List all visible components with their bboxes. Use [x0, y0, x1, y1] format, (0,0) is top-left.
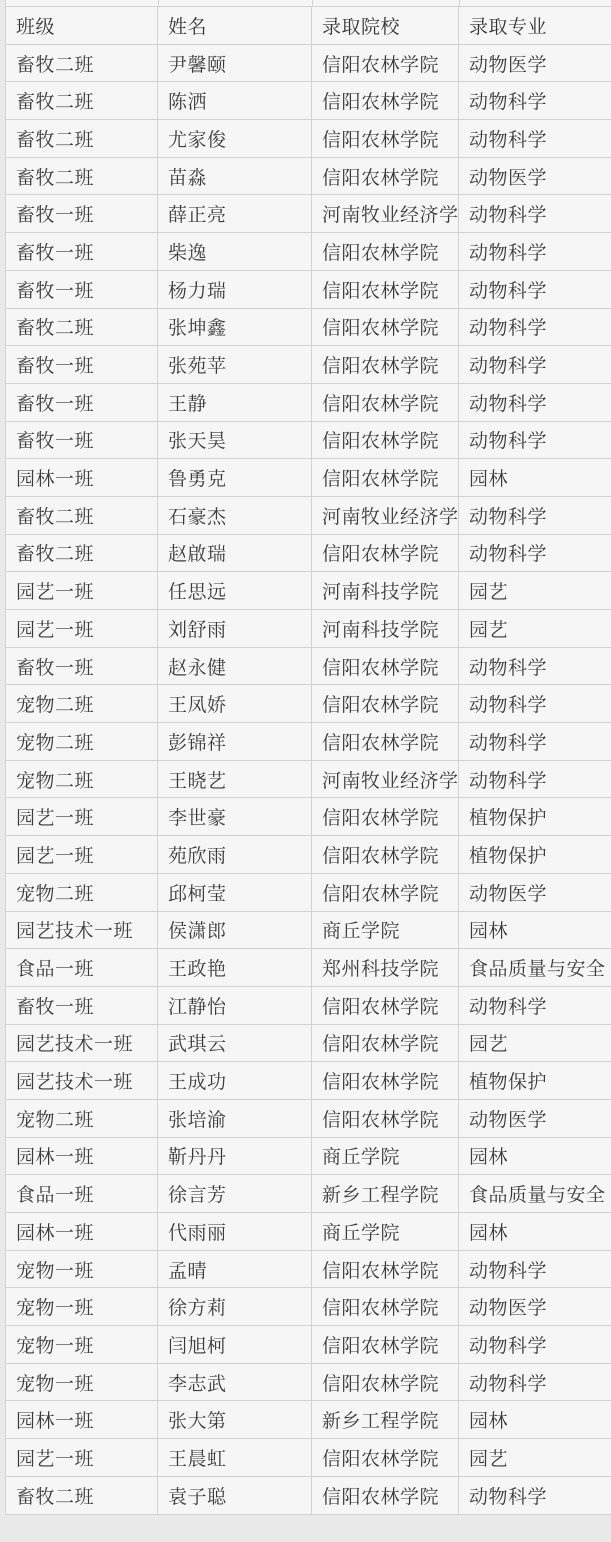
- cell-name: 杨力瑞: [158, 270, 312, 308]
- cell-college: 河南科技学院: [312, 572, 459, 610]
- cell-college: 信阳农林学院: [312, 120, 459, 158]
- cell-college: 信阳农林学院: [312, 270, 459, 308]
- cell-name: 邱柯莹: [158, 873, 312, 911]
- cell-name: 张培渝: [158, 1099, 312, 1137]
- cell-major: 园林: [459, 1401, 611, 1439]
- cell-college: 信阳农林学院: [312, 421, 459, 459]
- cell-class: 园林一班: [6, 1401, 158, 1439]
- cell-name: 徐方莉: [158, 1288, 312, 1326]
- cell-name: 柴逸: [158, 233, 312, 271]
- cell-college: 信阳农林学院: [312, 647, 459, 685]
- cell-class: 宠物一班: [6, 1250, 158, 1288]
- cell-class: 宠物二班: [6, 685, 158, 723]
- cell-college: 信阳农林学院: [312, 1024, 459, 1062]
- cell-college: 信阳农林学院: [312, 346, 459, 384]
- admission-table: 班级 姓名 录取院校 录取专业 畜牧二班 尹馨颐 信阳农林学院 动物医学 畜牧二…: [5, 0, 611, 1515]
- cell-class: 园林一班: [6, 459, 158, 497]
- header-college: 录取院校: [312, 7, 459, 45]
- cell-major: 动物医学: [459, 1288, 611, 1326]
- cell-major: 动物科学: [459, 270, 611, 308]
- cell-college: 新乡工程学院: [312, 1175, 459, 1213]
- cell-class: 畜牧一班: [6, 986, 158, 1024]
- cell-name: 李志武: [158, 1363, 312, 1401]
- header-name: 姓名: [158, 7, 312, 45]
- cell-major: 园艺: [459, 572, 611, 610]
- table-row: 畜牧一班 张苑苹 信阳农林学院 动物科学: [6, 346, 611, 384]
- cell-college: 信阳农林学院: [312, 798, 459, 836]
- cell-class: 畜牧一班: [6, 346, 158, 384]
- cell-name: 王成功: [158, 1062, 312, 1100]
- table-body: 畜牧二班 尹馨颐 信阳农林学院 动物医学 畜牧二班 陈洒 信阳农林学院 动物科学…: [6, 44, 611, 1514]
- cell-class: 宠物一班: [6, 1288, 158, 1326]
- cell-name: 武琪云: [158, 1024, 312, 1062]
- cell-class: 宠物二班: [6, 873, 158, 911]
- cell-name: 张苑苹: [158, 346, 312, 384]
- cell-class: 园艺技术一班: [6, 911, 158, 949]
- cell-class: 宠物二班: [6, 723, 158, 761]
- cell-college: 信阳农林学院: [312, 1250, 459, 1288]
- table-row: 畜牧一班 王静 信阳农林学院 动物科学: [6, 383, 611, 421]
- cell-class: 园林一班: [6, 1137, 158, 1175]
- cell-major: 动物科学: [459, 1476, 611, 1514]
- cell-college: 信阳农林学院: [312, 1326, 459, 1364]
- cell-name: 张大第: [158, 1401, 312, 1439]
- table-row: 宠物二班 王凤娇 信阳农林学院 动物科学: [6, 685, 611, 723]
- cell-class: 园艺一班: [6, 1439, 158, 1477]
- table-row: 园林一班 代雨丽 商丘学院 园林: [6, 1213, 611, 1251]
- cell-major: 园林: [459, 459, 611, 497]
- cell-major: 动物科学: [459, 346, 611, 384]
- cell-name: 鲁勇克: [158, 459, 312, 497]
- header-class: 班级: [6, 7, 158, 45]
- cell-name: 尹馨颐: [158, 44, 312, 82]
- cell-major: 动物科学: [459, 986, 611, 1024]
- table-row: 园艺一班 任思远 河南科技学院 园艺: [6, 572, 611, 610]
- table-row: 园艺技术一班 王成功 信阳农林学院 植物保护: [6, 1062, 611, 1100]
- cell-class: 畜牧一班: [6, 233, 158, 271]
- table-row: 畜牧二班 陈洒 信阳农林学院 动物科学: [6, 82, 611, 120]
- cell-class: 食品一班: [6, 1175, 158, 1213]
- table-row: 畜牧二班 赵啟瑞 信阳农林学院 动物科学: [6, 534, 611, 572]
- cell-class: 园艺一班: [6, 572, 158, 610]
- cell-class: 园艺一班: [6, 798, 158, 836]
- table-row: 畜牧一班 薛正亮 河南牧业经济学院 动物科学: [6, 195, 611, 233]
- cell-college: 信阳农林学院: [312, 836, 459, 874]
- cell-name: 张天昊: [158, 421, 312, 459]
- cell-name: 王晓艺: [158, 760, 312, 798]
- cell-major: 园艺: [459, 1024, 611, 1062]
- cell-name: 赵永健: [158, 647, 312, 685]
- cell-college: 信阳农林学院: [312, 723, 459, 761]
- cell-class: 宠物二班: [6, 760, 158, 798]
- cell-class: 畜牧二班: [6, 44, 158, 82]
- cell-class: 畜牧一班: [6, 647, 158, 685]
- cell-college: 河南牧业经济学院: [312, 195, 459, 233]
- cell-college: 商丘学院: [312, 1213, 459, 1251]
- table-row: 畜牧二班 石豪杰 河南牧业经济学院 动物科学: [6, 496, 611, 534]
- cell-name: 江静怡: [158, 986, 312, 1024]
- cell-class: 宠物二班: [6, 1099, 158, 1137]
- cell-name: 侯潇郎: [158, 911, 312, 949]
- table-row: 畜牧一班 杨力瑞 信阳农林学院 动物科学: [6, 270, 611, 308]
- cell-class: 畜牧一班: [6, 195, 158, 233]
- table-row: 畜牧二班 张坤鑫 信阳农林学院 动物科学: [6, 308, 611, 346]
- table-row: 园艺一班 王晨虹 信阳农林学院 园艺: [6, 1439, 611, 1477]
- cell-major: 动物科学: [459, 760, 611, 798]
- cell-major: 动物科学: [459, 195, 611, 233]
- cell-major: 动物科学: [459, 534, 611, 572]
- cell-class: 畜牧二班: [6, 157, 158, 195]
- cell-class: 食品一班: [6, 949, 158, 987]
- table-row: 宠物二班 王晓艺 河南牧业经济学院 动物科学: [6, 760, 611, 798]
- table-row: 宠物一班 闫旭柯 信阳农林学院 动物科学: [6, 1326, 611, 1364]
- cell-name: 尤家俊: [158, 120, 312, 158]
- cell-major: 食品质量与安全: [459, 1175, 611, 1213]
- clipped-row-remnant: [5, 0, 611, 6]
- cell-name: 张坤鑫: [158, 308, 312, 346]
- cell-class: 畜牧二班: [6, 534, 158, 572]
- cell-college: 信阳农林学院: [312, 308, 459, 346]
- cell-college: 信阳农林学院: [312, 685, 459, 723]
- table-row: 宠物一班 李志武 信阳农林学院 动物科学: [6, 1363, 611, 1401]
- cell-name: 靳丹丹: [158, 1137, 312, 1175]
- table-row: 畜牧二班 尹馨颐 信阳农林学院 动物医学: [6, 44, 611, 82]
- cell-class: 宠物一班: [6, 1363, 158, 1401]
- cell-major: 动物科学: [459, 120, 611, 158]
- table-row: 宠物二班 张培渝 信阳农林学院 动物医学: [6, 1099, 611, 1137]
- cell-class: 畜牧二班: [6, 496, 158, 534]
- cell-class: 畜牧二班: [6, 308, 158, 346]
- cell-college: 信阳农林学院: [312, 534, 459, 572]
- cell-name: 薛正亮: [158, 195, 312, 233]
- cell-college: 信阳农林学院: [312, 873, 459, 911]
- table-row: 畜牧二班 袁子聪 信阳农林学院 动物科学: [6, 1476, 611, 1514]
- cell-college: 信阳农林学院: [312, 233, 459, 271]
- cell-college: 信阳农林学院: [312, 1476, 459, 1514]
- cell-name: 李世豪: [158, 798, 312, 836]
- cell-name: 袁子聪: [158, 1476, 312, 1514]
- cell-name: 刘舒雨: [158, 610, 312, 648]
- table-row: 园艺一班 李世豪 信阳农林学院 植物保护: [6, 798, 611, 836]
- table-row: 园艺技术一班 侯潇郎 商丘学院 园林: [6, 911, 611, 949]
- cell-major: 动物科学: [459, 647, 611, 685]
- table-row: 宠物一班 孟晴 信阳农林学院 动物科学: [6, 1250, 611, 1288]
- cell-major: 动物医学: [459, 1099, 611, 1137]
- cell-major: 动物科学: [459, 308, 611, 346]
- cell-college: 河南牧业经济学院: [312, 496, 459, 534]
- cell-major: 动物科学: [459, 233, 611, 271]
- cell-class: 畜牧二班: [6, 120, 158, 158]
- cell-class: 园艺一班: [6, 610, 158, 648]
- cell-class: 畜牧一班: [6, 421, 158, 459]
- cell-college: 信阳农林学院: [312, 459, 459, 497]
- cell-college: 信阳农林学院: [312, 986, 459, 1024]
- table-row: 园艺一班 刘舒雨 河南科技学院 园艺: [6, 610, 611, 648]
- table-row: 畜牧二班 尤家俊 信阳农林学院 动物科学: [6, 120, 611, 158]
- cell-major: 园林: [459, 1213, 611, 1251]
- cell-name: 徐言芳: [158, 1175, 312, 1213]
- cell-major: 动物科学: [459, 383, 611, 421]
- cell-major: 植物保护: [459, 836, 611, 874]
- cell-major: 动物科学: [459, 82, 611, 120]
- cell-class: 畜牧一班: [6, 383, 158, 421]
- cell-major: 动物科学: [459, 723, 611, 761]
- cell-college: 信阳农林学院: [312, 82, 459, 120]
- cell-name: 孟晴: [158, 1250, 312, 1288]
- cell-major: 动物科学: [459, 496, 611, 534]
- cell-college: 郑州科技学院: [312, 949, 459, 987]
- cell-major: 园艺: [459, 1439, 611, 1477]
- column-divider: [158, 0, 159, 6]
- table-row: 畜牧一班 张天昊 信阳农林学院 动物科学: [6, 421, 611, 459]
- cell-name: 赵啟瑞: [158, 534, 312, 572]
- cell-name: 苑欣雨: [158, 836, 312, 874]
- table-row: 食品一班 徐言芳 新乡工程学院 食品质量与安全: [6, 1175, 611, 1213]
- cell-major: 植物保护: [459, 1062, 611, 1100]
- header-row: 班级 姓名 录取院校 录取专业: [6, 7, 611, 45]
- cell-major: 动物科学: [459, 1363, 611, 1401]
- cell-major: 动物科学: [459, 1326, 611, 1364]
- cell-major: 园林: [459, 911, 611, 949]
- cell-major: 动物科学: [459, 685, 611, 723]
- cell-name: 王静: [158, 383, 312, 421]
- table-row: 食品一班 王政艳 郑州科技学院 食品质量与安全: [6, 949, 611, 987]
- cell-name: 陈洒: [158, 82, 312, 120]
- cell-college: 信阳农林学院: [312, 1288, 459, 1326]
- cell-name: 代雨丽: [158, 1213, 312, 1251]
- cell-class: 园艺技术一班: [6, 1062, 158, 1100]
- cell-major: 动物医学: [459, 157, 611, 195]
- cell-college: 信阳农林学院: [312, 157, 459, 195]
- cell-major: 植物保护: [459, 798, 611, 836]
- cell-class: 园林一班: [6, 1213, 158, 1251]
- cell-college: 商丘学院: [312, 911, 459, 949]
- table-row: 园林一班 鲁勇克 信阳农林学院 园林: [6, 459, 611, 497]
- column-divider: [312, 0, 313, 6]
- cell-name: 任思远: [158, 572, 312, 610]
- cell-major: 动物医学: [459, 873, 611, 911]
- table-row: 畜牧二班 苗淼 信阳农林学院 动物医学: [6, 157, 611, 195]
- table-row: 畜牧一班 江静怡 信阳农林学院 动物科学: [6, 986, 611, 1024]
- cell-major: 动物医学: [459, 44, 611, 82]
- cell-college: 信阳农林学院: [312, 1099, 459, 1137]
- cell-college: 信阳农林学院: [312, 383, 459, 421]
- cell-name: 彭锦祥: [158, 723, 312, 761]
- cell-class: 宠物一班: [6, 1326, 158, 1364]
- cell-class: 畜牧二班: [6, 82, 158, 120]
- cell-college: 信阳农林学院: [312, 1439, 459, 1477]
- cell-name: 王政艳: [158, 949, 312, 987]
- cell-name: 闫旭柯: [158, 1326, 312, 1364]
- cell-college: 新乡工程学院: [312, 1401, 459, 1439]
- admission-results-table: 班级 姓名 录取院校 录取专业 畜牧二班 尹馨颐 信阳农林学院 动物医学 畜牧二…: [5, 6, 611, 1515]
- cell-college: 河南科技学院: [312, 610, 459, 648]
- cell-college: 信阳农林学院: [312, 1062, 459, 1100]
- cell-major: 园林: [459, 1137, 611, 1175]
- cell-name: 王凤娇: [158, 685, 312, 723]
- cell-major: 动物科学: [459, 421, 611, 459]
- cell-class: 园艺一班: [6, 836, 158, 874]
- cell-name: 苗淼: [158, 157, 312, 195]
- cell-class: 畜牧二班: [6, 1476, 158, 1514]
- cell-college: 河南牧业经济学院: [312, 760, 459, 798]
- table-row: 宠物二班 彭锦祥 信阳农林学院 动物科学: [6, 723, 611, 761]
- cell-name: 石豪杰: [158, 496, 312, 534]
- header-major: 录取专业: [459, 7, 611, 45]
- cell-major: 动物科学: [459, 1250, 611, 1288]
- table-row: 园林一班 张大第 新乡工程学院 园林: [6, 1401, 611, 1439]
- cell-major: 食品质量与安全: [459, 949, 611, 987]
- table-row: 园艺一班 苑欣雨 信阳农林学院 植物保护: [6, 836, 611, 874]
- cell-major: 园艺: [459, 610, 611, 648]
- table-row: 畜牧一班 柴逸 信阳农林学院 动物科学: [6, 233, 611, 271]
- table-row: 园林一班 靳丹丹 商丘学院 园林: [6, 1137, 611, 1175]
- table-row: 畜牧一班 赵永健 信阳农林学院 动物科学: [6, 647, 611, 685]
- cell-college: 信阳农林学院: [312, 1363, 459, 1401]
- table-row: 宠物一班 徐方莉 信阳农林学院 动物医学: [6, 1288, 611, 1326]
- cell-class: 畜牧一班: [6, 270, 158, 308]
- cell-name: 王晨虹: [158, 1439, 312, 1477]
- column-divider: [459, 0, 460, 6]
- cell-college: 信阳农林学院: [312, 44, 459, 82]
- cell-college: 商丘学院: [312, 1137, 459, 1175]
- cell-class: 园艺技术一班: [6, 1024, 158, 1062]
- table-row: 宠物二班 邱柯莹 信阳农林学院 动物医学: [6, 873, 611, 911]
- table-row: 园艺技术一班 武琪云 信阳农林学院 园艺: [6, 1024, 611, 1062]
